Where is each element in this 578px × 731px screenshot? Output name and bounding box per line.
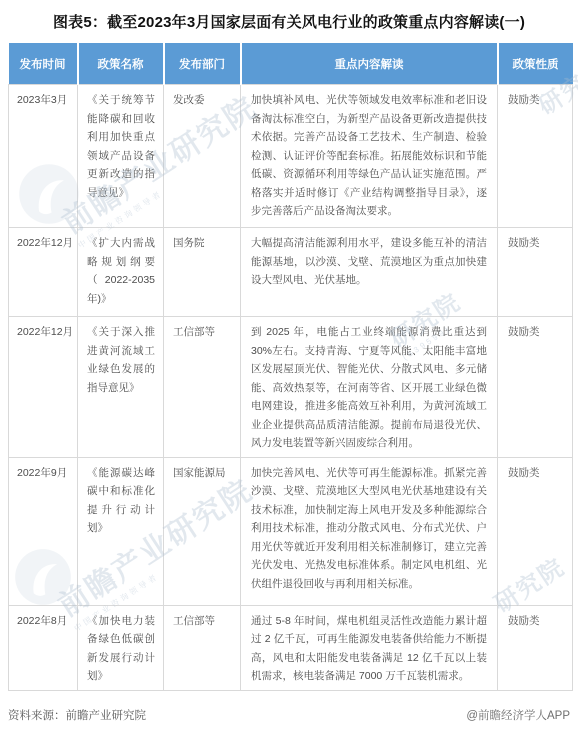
cell-content: 加快完善风电、光伏等可再生能源标准。抓紧完善沙漠、戈壁、荒漠地区大型风电光伏基地… (241, 457, 498, 605)
cell-dept: 国务院 (164, 228, 241, 317)
cell-dept: 工信部等 (164, 317, 241, 458)
table-row: 2023年3月 《关于统筹节能降碳和回收利用加快重点领域产品设备更新改造的指导意… (9, 85, 573, 228)
cell-nature: 鼓励类 (498, 457, 573, 605)
figure-footer: 资料来源：前瞻产业研究院 @前瞻经济学人APP (0, 707, 578, 723)
header-publish-date: 发布时间 (9, 44, 78, 85)
cell-date: 2022年12月 (9, 317, 78, 458)
cell-dept: 工信部等 (164, 605, 241, 690)
cell-policy-name: 《关于深入推进黄河流域工业绿色发展的指导意见》 (78, 317, 164, 458)
cell-date: 2022年9月 (9, 457, 78, 605)
cell-content: 大幅提高清洁能源利用水平，建设多能互补的清洁能源基地，以沙漠、戈壁、荒漠地区为重… (241, 228, 498, 317)
table-row: 2022年8月 《加快电力装备绿色低碳创新发展行动计划》 工信部等 通过 5-8… (9, 605, 573, 690)
page-title: 图表5：截至2023年3月国家层面有关风电行业的政策重点内容解读(一) (0, 11, 578, 32)
header-policy-nature: 政策性质 (498, 44, 573, 85)
cell-date: 2022年8月 (9, 605, 78, 690)
cell-nature: 鼓励类 (498, 228, 573, 317)
cell-nature: 鼓励类 (498, 317, 573, 458)
cell-policy-name: 《扩大内需战略规划纲要（2022-2035年)》 (78, 228, 164, 317)
cell-nature: 鼓励类 (498, 85, 573, 228)
cell-date: 2023年3月 (9, 85, 78, 228)
cell-policy-name: 《能源碳达峰碳中和标准化提升行动计划》 (78, 457, 164, 605)
cell-policy-name: 《关于统筹节能降碳和回收利用加快重点领域产品设备更新改造的指导意见》 (78, 85, 164, 228)
header-policy-name: 政策名称 (78, 44, 164, 85)
cell-dept: 国家能源局 (164, 457, 241, 605)
header-key-content: 重点内容解读 (241, 44, 498, 85)
policy-table: 发布时间 政策名称 发布部门 重点内容解读 政策性质 2023年3月 《关于统筹… (8, 43, 573, 691)
table-row: 2022年9月 《能源碳达峰碳中和标准化提升行动计划》 国家能源局 加快完善风电… (9, 457, 573, 605)
credit-note: @前瞻经济学人APP (466, 707, 570, 723)
cell-content: 通过 5-8 年时间，煤电机组灵活性改造能力累计超过 2 亿千瓦，可再生能源发电… (241, 605, 498, 690)
table-header: 发布时间 政策名称 发布部门 重点内容解读 政策性质 (9, 44, 573, 85)
table-row: 2022年12月 《关于深入推进黄河流域工业绿色发展的指导意见》 工信部等 到 … (9, 317, 573, 458)
cell-content: 到 2025 年，电能占工业终端能源消费比重达到 30%左右。支持青海、宁夏等风… (241, 317, 498, 458)
cell-date: 2022年12月 (9, 228, 78, 317)
cell-content: 加快填补风电、光伏等领域发电效率标准和老旧设备淘汰标准空白，为新型产品设备更新改… (241, 85, 498, 228)
cell-nature: 鼓励类 (498, 605, 573, 690)
cell-policy-name: 《加快电力装备绿色低碳创新发展行动计划》 (78, 605, 164, 690)
table-row: 2022年12月 《扩大内需战略规划纲要（2022-2035年)》 国务院 大幅… (9, 228, 573, 317)
cell-dept: 发改委 (164, 85, 241, 228)
source-note: 资料来源：前瞻产业研究院 (8, 707, 146, 723)
header-issuing-dept: 发布部门 (164, 44, 241, 85)
